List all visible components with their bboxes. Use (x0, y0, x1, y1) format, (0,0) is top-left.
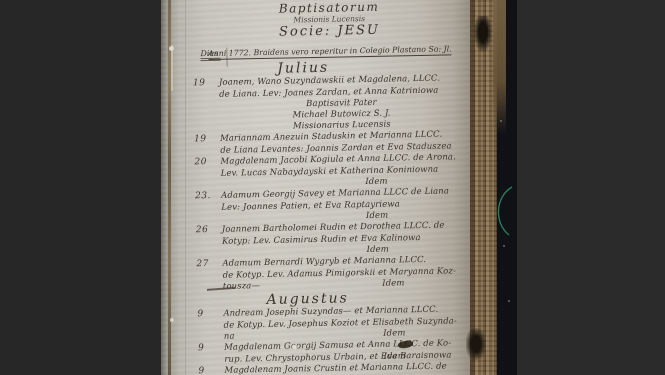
manuscript-page: Baptisatorum Missionis Lucensis Socie: J… (161, 0, 470, 375)
paper-spot (291, 344, 298, 350)
entry-text: Andream Josephi Suzyndas— et Marianna LL… (223, 304, 470, 343)
entry-day: 9 (197, 309, 224, 343)
month-section: Julius19Joanem, Wano Suzyndawskii et Mag… (161, 57, 470, 294)
entry-text: Joanem, Wano Suzyndawskii et Magdalena, … (219, 73, 469, 134)
entry-day: 9 (198, 365, 224, 375)
entry-day: 9 (198, 343, 224, 366)
background-right (517, 0, 665, 375)
photo-canvas: Baptisatorum Missionis Lucensis Socie: J… (0, 0, 665, 375)
dust-speck (500, 120, 502, 122)
entry-day: 19 (194, 134, 220, 157)
baptism-entry: 19Joanem, Wano Suzyndawskii et Magdalena… (161, 73, 469, 135)
entry-day: 26 (196, 225, 223, 259)
entries-area: Julius19Joanem, Wano Suzyndawskii et Mag… (161, 57, 470, 375)
entry-day: 19 (193, 78, 220, 134)
fore-edge-dark-notch-top (474, 16, 492, 52)
binding-pin-lower (170, 318, 174, 322)
entry-text: Adamum Bernardi Wygryb et Marianna LLCC.… (222, 254, 470, 293)
dust-speck (508, 300, 510, 302)
entry-text: Joannem Bartholomei Rudin et Dorothea LL… (222, 220, 470, 259)
fore-edge-top-wedge (493, 0, 506, 135)
binding-needle (171, 45, 173, 91)
dust-speck (503, 245, 505, 247)
entry-text: Magdalenam Jacobi Kogiula et Anna LLCC. … (220, 152, 470, 191)
entry-text: Adamum Georgij Savey et Marianna LLCC de… (221, 186, 470, 225)
green-ribbon-icon (492, 183, 518, 241)
entry-day: 20 (194, 157, 221, 191)
binding-pin-top (169, 46, 174, 51)
dies-column-label: Dies (200, 49, 220, 61)
idem-note: Idem (382, 277, 470, 290)
page-content: Baptisatorum Missionis Lucensis Socie: J… (161, 0, 470, 375)
month-section: Augustus9Andream Josephi Suzyndas— et Ma… (163, 288, 470, 375)
register-header: Baptisatorum Missionis Lucensis Socie: J… (201, 0, 457, 60)
entry-day: 23. (195, 191, 222, 225)
fore-edge-dark-notch-bottom (466, 328, 486, 360)
